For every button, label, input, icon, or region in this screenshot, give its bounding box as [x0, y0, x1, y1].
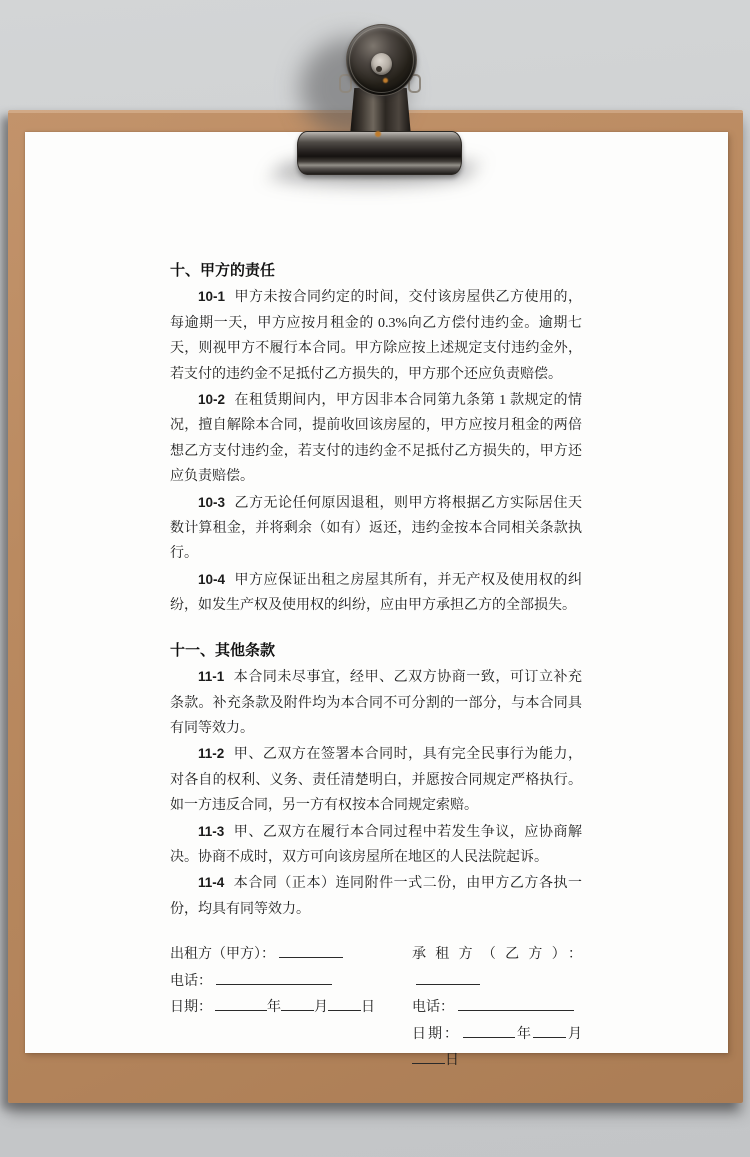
year-unit: 年: [267, 1000, 281, 1015]
year-blank: [215, 997, 267, 1011]
binder-clip-clamp-bar: [297, 131, 462, 175]
clause-number: 10-4: [198, 572, 234, 587]
clause-text: 甲方未按合同约定的时间，交付该房屋供乙方使用的，每逾期一天，甲方应按月租金的 0…: [170, 290, 582, 381]
landlord-date-line: 日期：年月日: [170, 995, 412, 1022]
tenant-date-line: 日期：年月日: [412, 1022, 582, 1075]
contract-page: 十、甲方的责任 10-1甲方未按合同约定的时间，交付该房屋供乙方使用的，每逾期一…: [170, 259, 582, 1075]
landlord-phone-blank: [216, 971, 332, 985]
clip-glint: [383, 78, 388, 83]
clause-number: 11-1: [198, 669, 233, 684]
photo-scene: 十、甲方的责任 10-1甲方未按合同约定的时间，交付该房屋供乙方使用的，每逾期一…: [0, 0, 750, 1157]
day-unit: 日: [361, 1000, 375, 1015]
month-blank: [281, 997, 314, 1011]
signature-block: 出租方（甲方）： 电话： 日期：年月日 承租方（乙方）： 电话： 日期：年月日: [170, 942, 582, 1075]
landlord-party-label: 出租方（甲方）：: [170, 947, 275, 962]
tenant-name-blank: [416, 971, 480, 985]
day-blank: [412, 1050, 445, 1064]
clause-11-3: 11-3甲、乙双方在履行本合同过程中若发生争议，应协商解决。协商不成时，双方可向…: [170, 819, 582, 871]
clause-10-3: 10-3乙方无论任何原因退租，则甲方将根据乙方实际居住天数计算租金，并将剩余（如…: [170, 490, 582, 567]
section-title-10: 十、甲方的责任: [170, 259, 582, 284]
clause-number: 11-4: [198, 875, 233, 890]
tenant-phone-blank: [458, 997, 574, 1011]
day-blank: [328, 997, 361, 1011]
tenant-party-label: 承租方（乙方）：: [412, 947, 582, 962]
landlord-date-label: 日期：: [170, 1000, 212, 1015]
binder-clip-hole: [371, 53, 392, 75]
clip-glint: [375, 131, 381, 137]
clause-10-4: 10-4甲方应保证出租之房屋其所有，并无产权及使用权的纠纷，如发生产权及使用权的…: [170, 567, 582, 619]
year-blank: [463, 1024, 515, 1038]
month-blank: [533, 1024, 566, 1038]
clause-number: 10-1: [198, 289, 234, 304]
section-title-11: 十一、其他条款: [170, 639, 582, 664]
landlord-phone-label: 电话：: [170, 974, 212, 989]
clause-number: 10-2: [198, 392, 234, 407]
tenant-phone-label: 电话：: [412, 1000, 454, 1015]
tenant-party-line: 承租方（乙方）：: [412, 942, 582, 995]
landlord-party-line: 出租方（甲方）：: [170, 942, 412, 969]
month-unit: 月: [314, 1000, 328, 1015]
tenant-phone-line: 电话：: [412, 995, 582, 1022]
year-unit: 年: [515, 1027, 533, 1042]
clause-number: 11-3: [198, 824, 233, 839]
clause-11-4: 11-4本合同（正本）连同附件一式二份，由甲方乙方各执一份，均具有同等效力。: [170, 870, 582, 922]
clause-number: 11-2: [198, 746, 233, 761]
clause-11-1: 11-1本合同未尽事宜，经甲、乙双方协商一致，可订立补充条款。补充条款及附件均为…: [170, 664, 582, 741]
month-unit: 月: [566, 1027, 582, 1042]
clause-11-2: 11-2甲、乙双方在签署本合同时，具有完全民事行为能力，对各自的权利、义务、责任…: [170, 741, 582, 818]
landlord-name-blank: [279, 944, 343, 958]
landlord-phone-line: 电话：: [170, 969, 412, 996]
tenant-date-label: 日期：: [412, 1027, 460, 1042]
clause-number: 10-3: [198, 495, 234, 510]
signature-tenant: 承租方（乙方）： 电话： 日期：年月日: [412, 942, 582, 1075]
signature-landlord: 出租方（甲方）： 电话： 日期：年月日: [170, 942, 412, 1075]
day-unit: 日: [445, 1053, 459, 1068]
clause-10-2: 10-2在租赁期间内，甲方因非本合同第九条第 1 款规定的情况，擅自解除本合同，…: [170, 387, 582, 490]
binder-clip-hole-dot: [376, 66, 382, 72]
clause-10-1: 10-1甲方未按合同约定的时间，交付该房屋供乙方使用的，每逾期一天，甲方应按月租…: [170, 284, 582, 387]
